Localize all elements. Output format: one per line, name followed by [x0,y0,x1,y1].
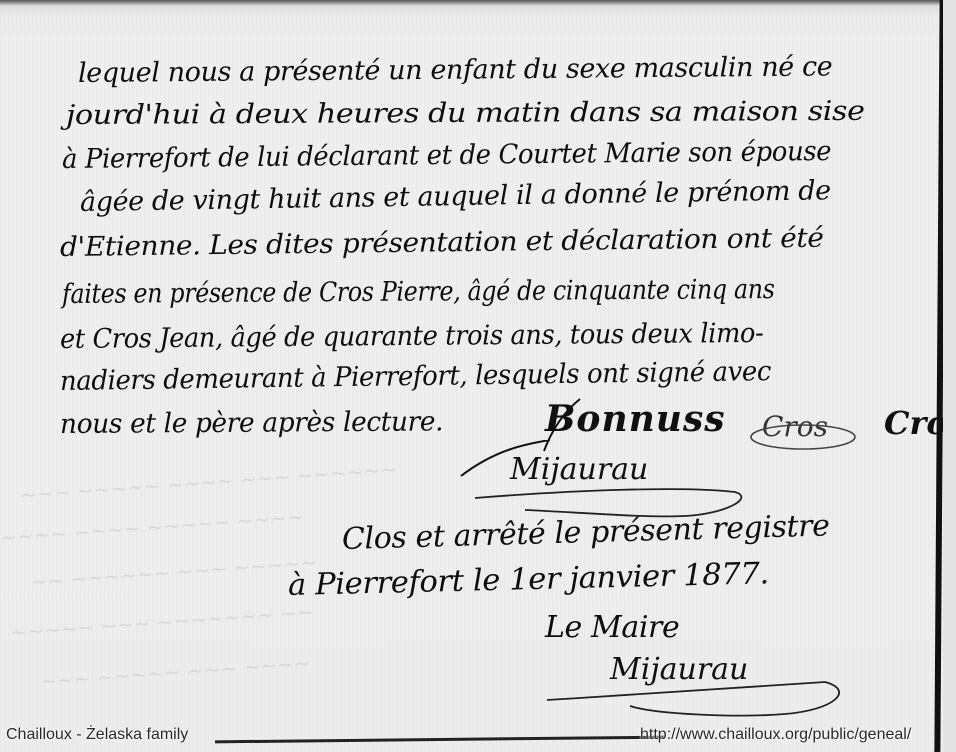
bleed-through-text: ~~~~~ ~~~ ~~~~~~~ ~~ [10,599,315,644]
signature-witness-1: Cros [762,410,828,443]
mayor-title: Le Maire [545,610,679,645]
document-line-3: à Pierrefort de lui déclarant et de Cour… [62,136,832,175]
watermark-url: http://www.chailloux.org/public/geneal/ [640,726,911,744]
closing-line-1: Clos et arrêté le présent registre [342,508,830,557]
document-line-2: jourd'hui à deux heures du matin dans sa… [66,96,865,131]
document-line-5: d'Etienne. Les dites présentation et déc… [60,223,824,263]
bleed-through-text: ~~ ~~~~~~ ~~~ ~~~~~ [30,550,318,594]
document-line-7: et Cros Jean, âgé de quarante trois ans,… [60,318,764,355]
adjacent-page-strip [943,0,956,752]
document-line-9: nous et le père après lecture. [60,406,443,440]
signature-mayor-closing: Mijaurau [610,652,748,687]
footer-ink-line [215,736,665,744]
closing-line-2: à Pierrefort le 1er janvier 1877. [288,556,770,603]
document-line-6: faites en présence de Cros Pierre, âgé d… [62,274,775,310]
scanned-document-page: ~~~ ~~~~~ ~~~~ ~~~ ~~~~~~ ~~~~ ~~~~ ~~~~… [0,0,956,752]
signature-father: Bonnuss [545,398,726,440]
document-line-8: nadiers demeurant à Pierrefort, lesquels… [60,356,771,397]
document-line-4: âgée de vingt huit ans et auquel il a do… [80,175,831,218]
signature-mayor-act: Mijaurau [510,452,648,487]
scan-edge-shadow [0,0,956,6]
bleed-through-text: ~~~ ~~~~~ ~~~~ ~~~ ~~~~~~ [20,457,398,507]
document-line-1: lequel nous a présenté un enfant du sexe… [78,51,833,89]
watermark-family-name: Chailloux - Żelaska family [6,726,188,744]
bleed-through-text: ~~~~ ~~~~ ~~~~~ ~~~~ [0,504,304,549]
bleed-through-text: ~~~ ~~~~~ ~~~ ~~~~ [39,651,310,694]
